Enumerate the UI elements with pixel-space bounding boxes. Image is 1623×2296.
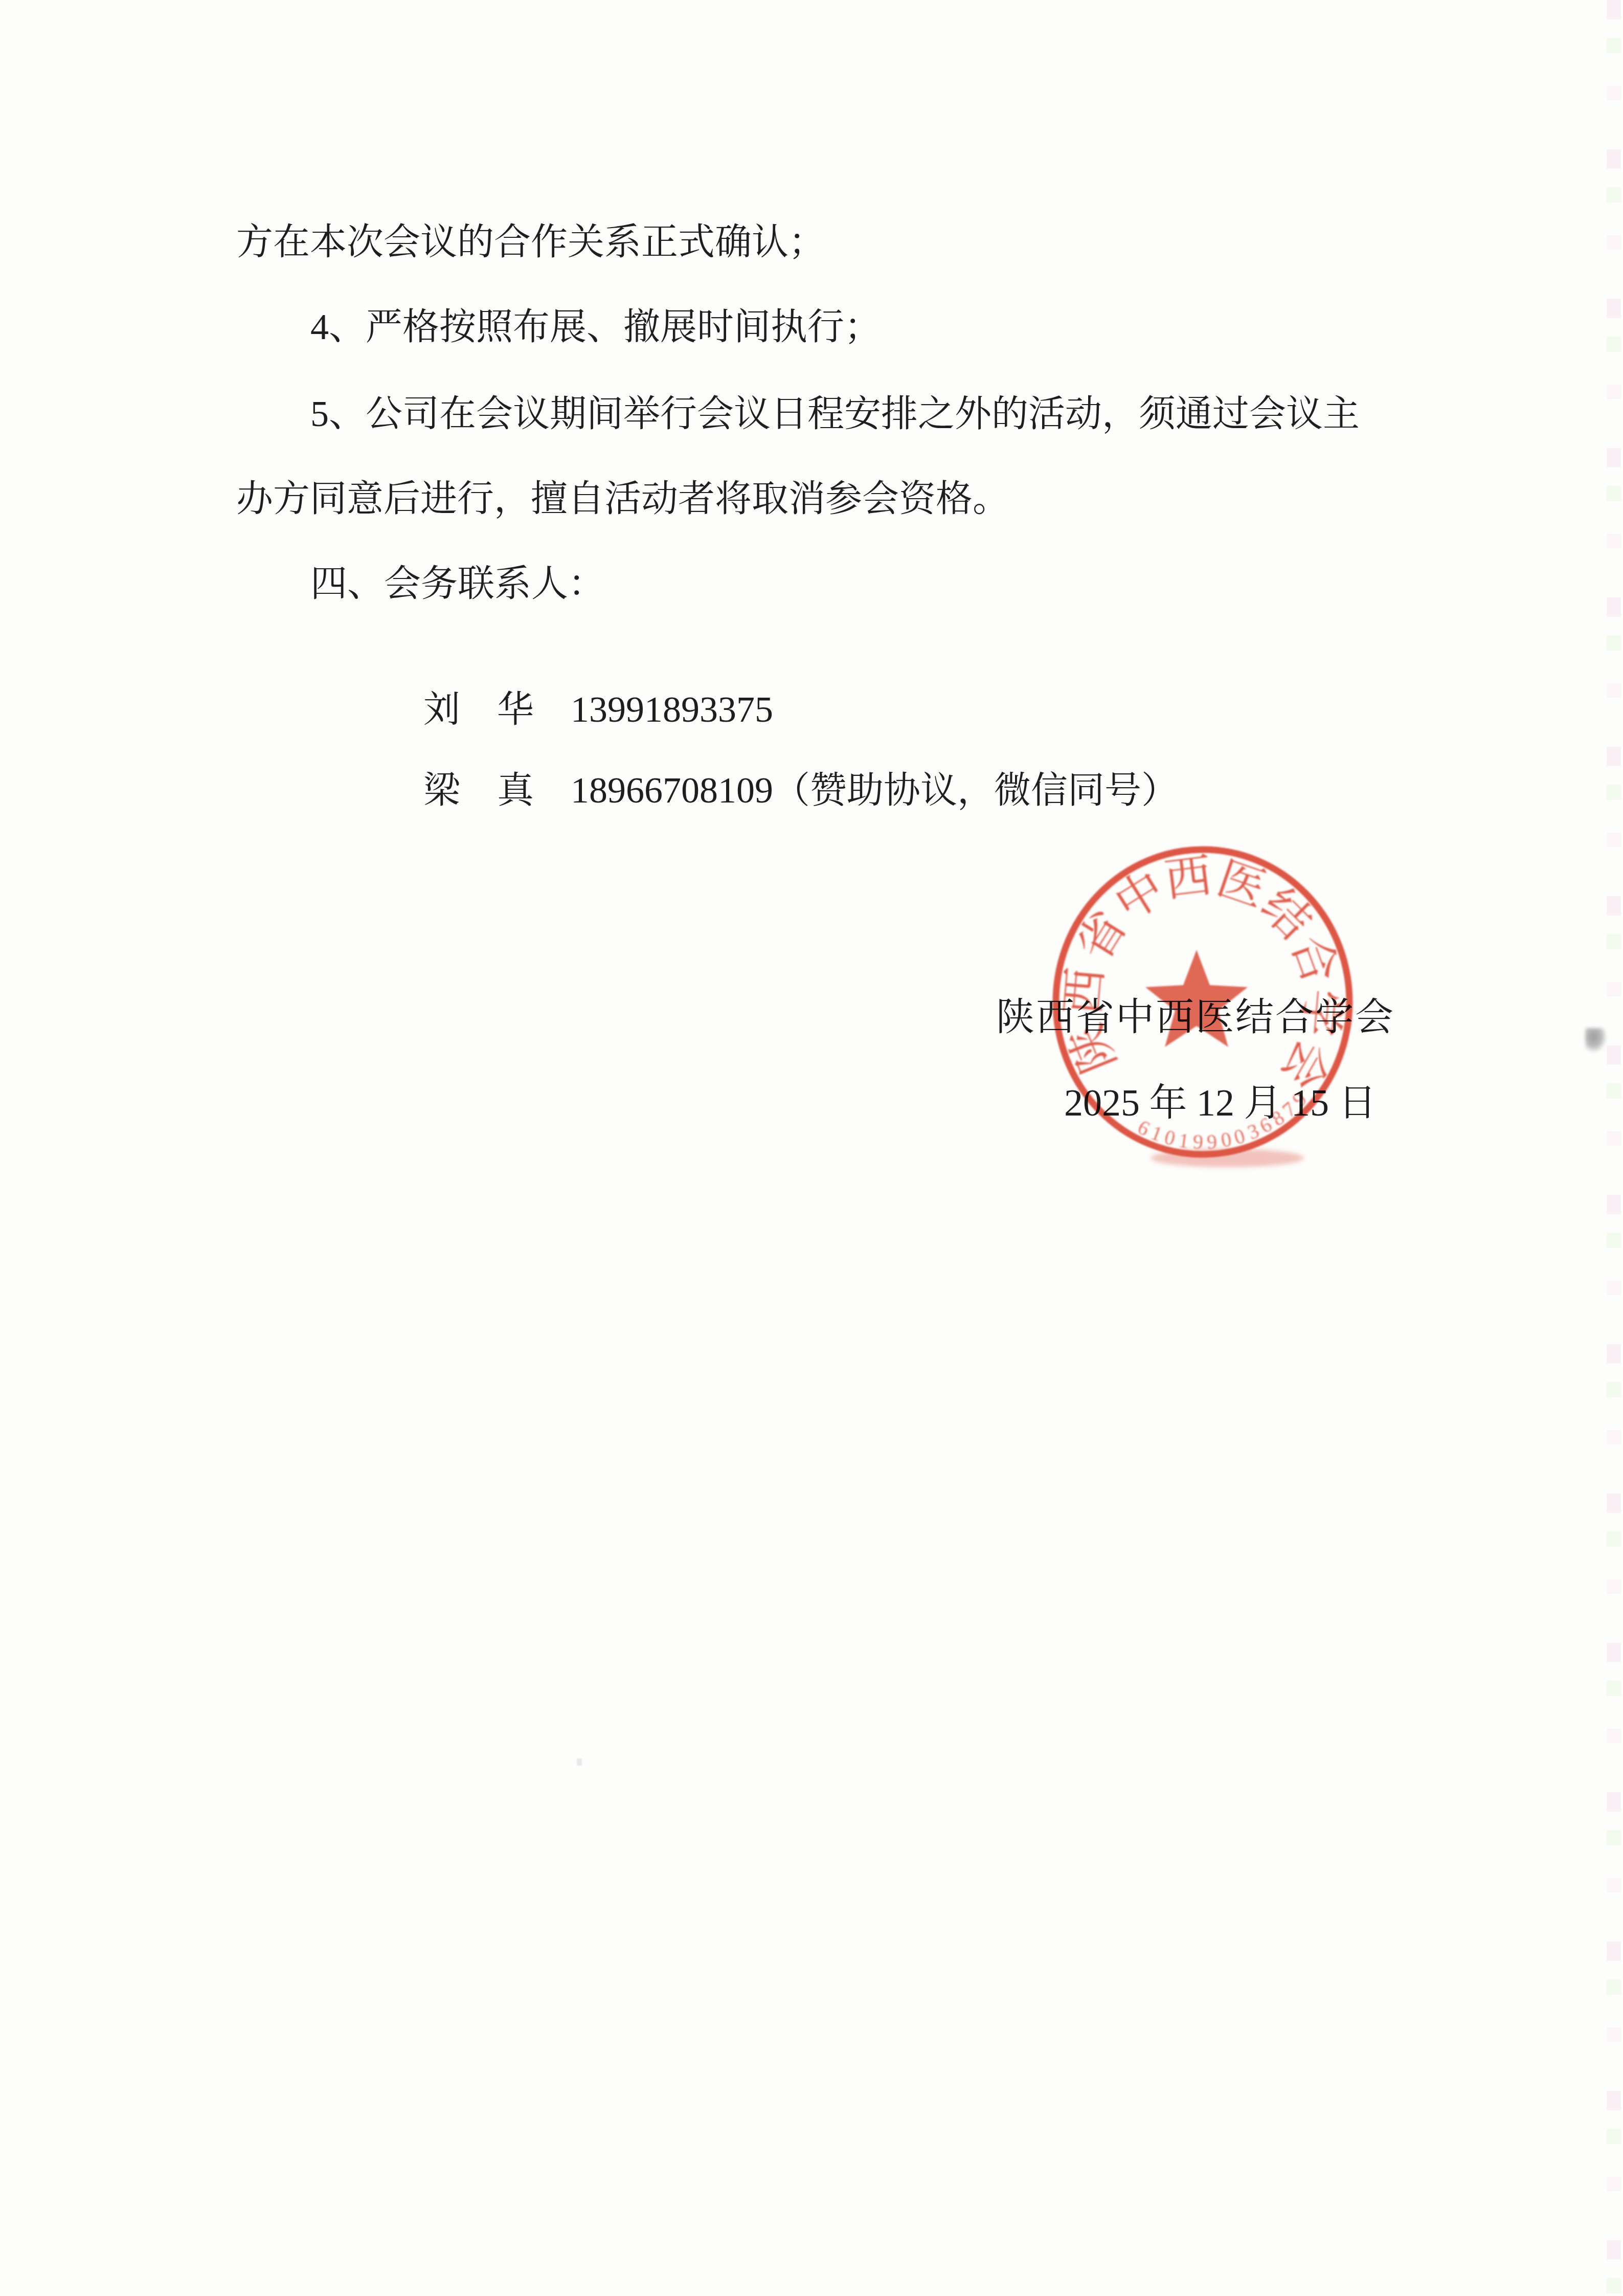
contact-name: 刘 华 xyxy=(423,689,534,730)
official-seal: 陕 西 省 中 西 医 结 合 学 会 6 1 0 1 9 9 0 0 xyxy=(1033,823,1381,1182)
contact-phone: 13991893375 xyxy=(571,689,773,730)
seal-ring-char: 西 xyxy=(1162,850,1215,907)
paragraph-line-2: 4、严格按照布展、撤展时间执行； xyxy=(310,308,881,345)
section-heading-contacts: 四、会务联系人： xyxy=(310,565,605,602)
seal-serial-number: 6 1 0 1 9 9 0 0 3 6 8 7 9 xyxy=(1134,1087,1311,1153)
seal-ring-char: 西 xyxy=(1056,966,1113,1017)
scan-edge-artifact xyxy=(1607,0,1621,2296)
seal-serial-digit: 0 xyxy=(1162,1125,1178,1150)
seal-star-icon xyxy=(1145,950,1248,1047)
scanned-document-page: 方在本次会议的合作关系正式确认； 4、严格按照布展、撤展时间执行； 5、公司在会… xyxy=(0,0,1623,2296)
seal-serial-digit: 1 xyxy=(1177,1128,1190,1152)
seal-ring-char: 学 xyxy=(1293,987,1349,1039)
seal-ink-smudge xyxy=(1151,1149,1304,1167)
faint-speck-artifact xyxy=(577,1758,582,1766)
paragraph-line-3: 5、公司在会议期间举行会议日程安排之外的活动，须通过会议主 xyxy=(310,395,1360,432)
contact-name: 梁 真 xyxy=(423,770,534,811)
contact-phone: 18966708109 xyxy=(571,770,773,811)
contact-note: （赞助协议，微信同号） xyxy=(773,770,1178,811)
seal-ring-char: 会 xyxy=(1271,1031,1340,1098)
gray-smudge-artifact xyxy=(1585,1028,1607,1053)
seal-serial-digit: 0 xyxy=(1231,1124,1248,1149)
seal-serial-digit: 0 xyxy=(1219,1127,1233,1152)
paragraph-line-4: 办方同意后进行，擅自活动者将取消参会资格。 xyxy=(236,480,1009,517)
paragraph-line-1: 方在本次会议的合作关系正式确认； xyxy=(236,224,825,260)
